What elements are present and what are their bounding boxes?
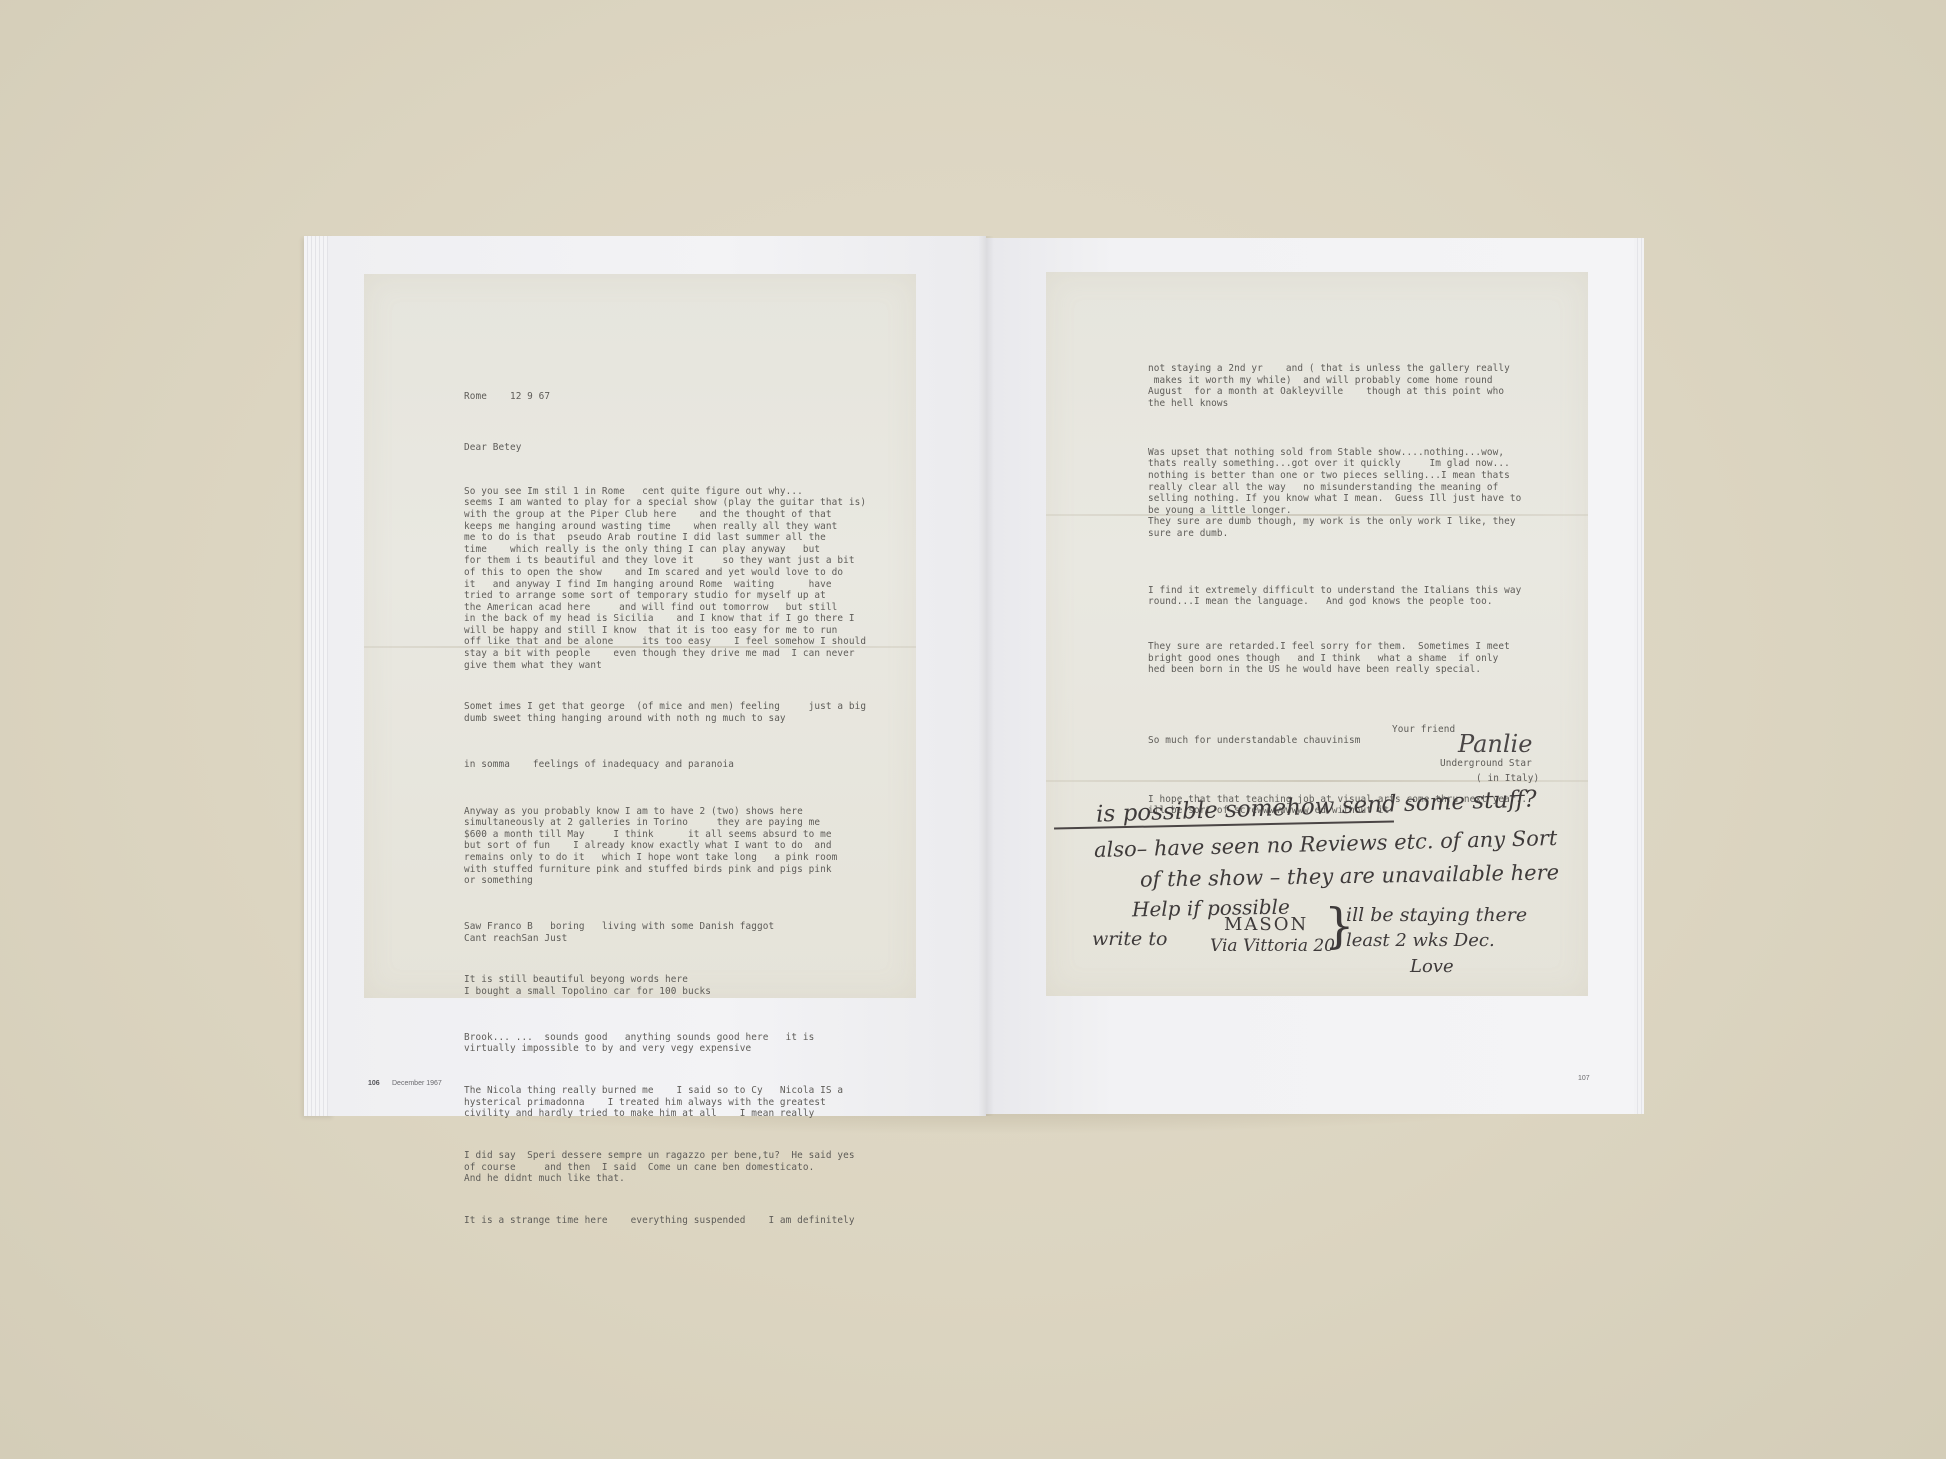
paragraph: Somet imes I get that george (of mice an… xyxy=(464,701,866,724)
signature: Panlie xyxy=(1458,730,1532,758)
gutter-shadow xyxy=(978,236,994,1116)
closing: Your friend xyxy=(1392,724,1455,736)
salutation: Dear Betey xyxy=(464,442,866,454)
paragraph: Saw Franco B boring living with some Dan… xyxy=(464,921,866,944)
paragraph: not staying a 2nd yr and ( that is unles… xyxy=(1148,363,1527,409)
paragraph: It is a strange time here everything sus… xyxy=(464,1215,866,1227)
letter-body-right: not staying a 2nd yr and ( that is unles… xyxy=(1148,340,1527,847)
paragraph: They sure are retarded.I feel sorry for … xyxy=(1148,641,1527,676)
paragraph: Anyway as you probably know I am to have… xyxy=(464,806,866,887)
handwritten-name: MASON xyxy=(1224,914,1308,935)
handwritten-aside: ill be staying there xyxy=(1346,904,1527,926)
dateline: Rome 12 9 67 xyxy=(464,391,866,403)
handwritten-signoff: Love xyxy=(1410,956,1454,977)
paragraph: It is still beautiful beyong words here … xyxy=(464,974,866,997)
letter-image-right: not staying a 2nd yr and ( that is unles… xyxy=(1046,272,1588,996)
signature-title: Underground Star xyxy=(1440,758,1532,770)
letter-body-left: Rome 12 9 67 Dear Betey So you see Im st… xyxy=(464,368,866,1257)
paragraph: I find it extremely difficult to underst… xyxy=(1148,585,1527,608)
paragraph: Brook... ... sounds good anything sounds… xyxy=(464,1032,866,1055)
letter-image-left: Rome 12 9 67 Dear Betey So you see Im st… xyxy=(364,274,916,998)
handwritten-line: of the show – they are unavailable here xyxy=(1140,860,1559,891)
running-head: December 1967 xyxy=(392,1080,442,1087)
folio-left: 106 xyxy=(368,1080,380,1087)
handwritten-address: Via Vittoria 20 xyxy=(1210,936,1335,956)
paragraph: I did say Speri dessere sempre un ragazz… xyxy=(464,1150,866,1185)
handwritten-aside: least 2 wks Dec. xyxy=(1346,930,1495,951)
paragraph: Was upset that nothing sold from Stable … xyxy=(1148,447,1527,540)
handwritten-write-to: write to xyxy=(1092,928,1167,950)
folio-right: 107 xyxy=(1578,1075,1590,1082)
paragraph: The Nicola thing really burned me I said… xyxy=(464,1085,866,1120)
signature-note: ( in Italy) xyxy=(1476,773,1539,785)
paragraph: So you see Im stil 1 in Rome cent quite … xyxy=(464,486,866,672)
paragraph: in somma feelings of inadequacy and para… xyxy=(464,759,866,771)
